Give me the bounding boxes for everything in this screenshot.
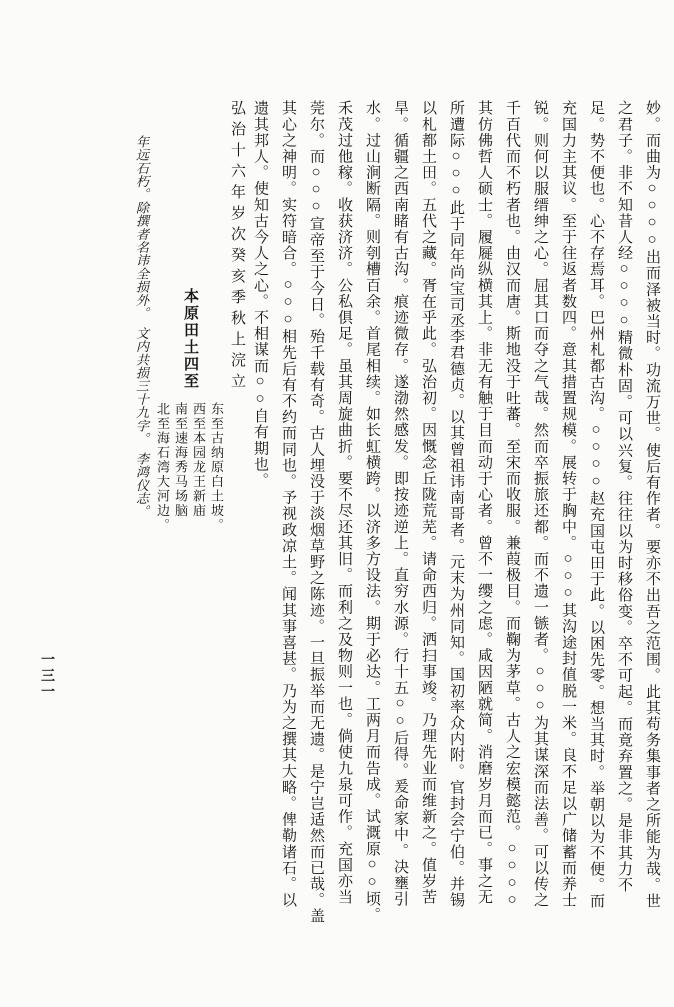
- boundary-column: 北至海石湾大河边。: [153, 402, 171, 533]
- text-column: 千百代而不朽者也。由汉而唐。斯地没于吐蕃。至宋而收服。兼葭极目。而鞠为茅草。古人…: [498, 100, 526, 980]
- text-column: 锐。则何以服缙绅之心。屈其口而夺之气哉。然而卒振旅还都。而不遗一镞者。○○○为其…: [526, 100, 554, 980]
- text-column: 水。过山涧断隔。则刳槽百余。首尾相续。如长虹横跨。以济多方设法。期于必达。工两月…: [358, 100, 386, 980]
- book-page: 妙。而曲为○○○○出而泽被当时。功流万世。使后有作者。要亦不出吾之范围。此其苟务…: [0, 0, 674, 1007]
- text-column: 其仿佛哲人硕士。履屣纵横其上。非无有触于目而动于心者。曾不一缨之虑。咸因陋就简。…: [470, 100, 498, 980]
- boundary-column: 西至本园龙王新庙: [189, 402, 207, 533]
- text-column: 以札都土田。五代之藏。胥在乎此。弘治初。因慨念丘陇荒芜。请命西归。洒扫事竣。乃理…: [414, 100, 442, 980]
- section-heading: 本原田土四至: [180, 288, 200, 390]
- page-number: 一三一: [36, 652, 56, 700]
- text-column: 其心之神明。实符暗合。○○○相先后有不约而同也。予视政凉土。闻其事喜甚。乃为之撰…: [274, 100, 302, 980]
- date-column: 弘治十六年岁次癸亥季秋上浣立: [227, 100, 246, 980]
- text-column: 禾茂过他稼。收获济济。公私俱足。虽其周旋曲折。要不尽还其旧。而利之及物则一也。倘…: [330, 100, 358, 980]
- boundary-columns: 东至古纳原白土坡。西至本园龙王新庙南至速海秀马场脑北至海石湾大河边。: [153, 402, 225, 533]
- text-column: 旱。循疆之西南睹有古沟。痕迹微存。遂渤然感发。即按迹逆上。直穷水源。行十五○○后…: [386, 100, 414, 980]
- text-column: 之君子。非不知昔人经○○○○精微朴固。可以兴复。往往以为时移俗变。卒不可起。而竟…: [610, 100, 638, 980]
- text-column: 足。势不便也。心不存焉耳。巴州札都古沟。○○○○赵充国屯田于此。以困先零。想当其…: [582, 100, 610, 980]
- editor-note: 年远石朽。除撰者名讳全损外。 文内共损三十九字。 李鸿仪志。: [127, 135, 153, 980]
- text-column: 所遭际○○○此于同年尚宝司丞李君德贞。以其曾祖讳南哥者。元末为州同知。国初率众内…: [442, 100, 470, 980]
- text-column: 莞尔。而○○○宣帝至于今日。殆千载有奇。古人埋没于淡烟草野之陈迹。一旦振举而无遗…: [302, 100, 330, 980]
- text-column: 妙。而曲为○○○○出而泽被当时。功流万世。使后有作者。要亦不出吾之范围。此其苟务…: [638, 100, 666, 980]
- boundary-column: 南至速海秀马场脑: [171, 402, 189, 533]
- text-column: 充国力主其议。至于往返者数四。意其措置规模。展转于胸中。○○○其沟途封值脱一米。…: [554, 100, 582, 980]
- text-column: 遗其邦人。使知古今人之心。不相谋而○○自有期也。: [246, 100, 274, 980]
- main-text-block: 妙。而曲为○○○○出而泽被当时。功流万世。使后有作者。要亦不出吾之范围。此其苟务…: [127, 100, 666, 980]
- land-bounds-block: 本原田土四至 东至古纳原白土坡。西至本园龙王新庙南至速海秀马场脑北至海石湾大河边…: [153, 100, 227, 960]
- boundary-column: 东至古纳原白土坡。: [207, 402, 225, 533]
